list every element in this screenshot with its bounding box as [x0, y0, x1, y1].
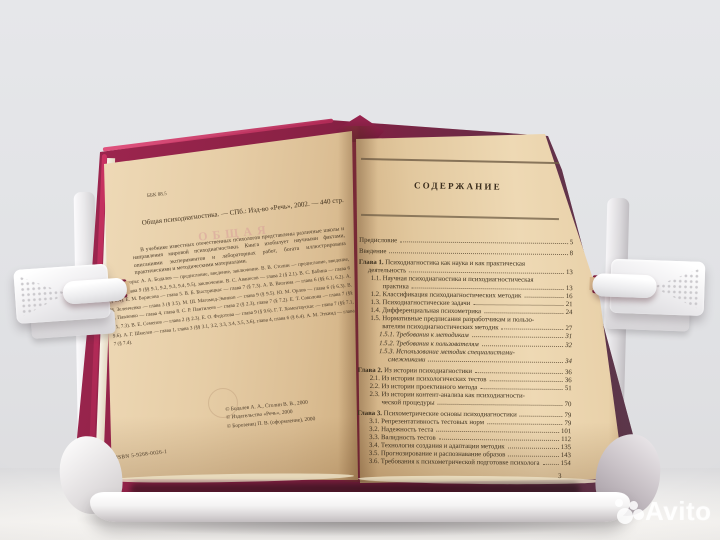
avito-logo-icon [617, 508, 633, 524]
page-clip-left [11, 262, 136, 352]
avito-logo-icon [633, 509, 644, 520]
avito-watermark: Avito [600, 492, 720, 538]
clip-swing-arm [592, 273, 657, 298]
toc-entry: Предисловие5 [359, 237, 573, 247]
stand-base-front [90, 492, 630, 522]
avito-wordmark: Avito [645, 496, 712, 527]
photo-scene: ББК 88.5 Общая психодиагностика. — СПб.:… [0, 0, 720, 540]
toc-list: Предисловие5Введение8Глава 1. Психодиагн… [357, 237, 573, 469]
page-number: 3 [558, 472, 562, 480]
toc-entry: Введение8 [359, 248, 573, 258]
avito-logo-icon [615, 499, 623, 507]
toc-heading: СОДЕРЖАНИЕ [414, 180, 502, 192]
clip-swing-arm [62, 277, 127, 304]
page-clip-right [585, 258, 708, 344]
toc-entry: 2.3. Из истории контент-анализа как псих… [357, 391, 571, 409]
toc-entry: 1.5.3. Использование методик специалиста… [358, 347, 572, 365]
